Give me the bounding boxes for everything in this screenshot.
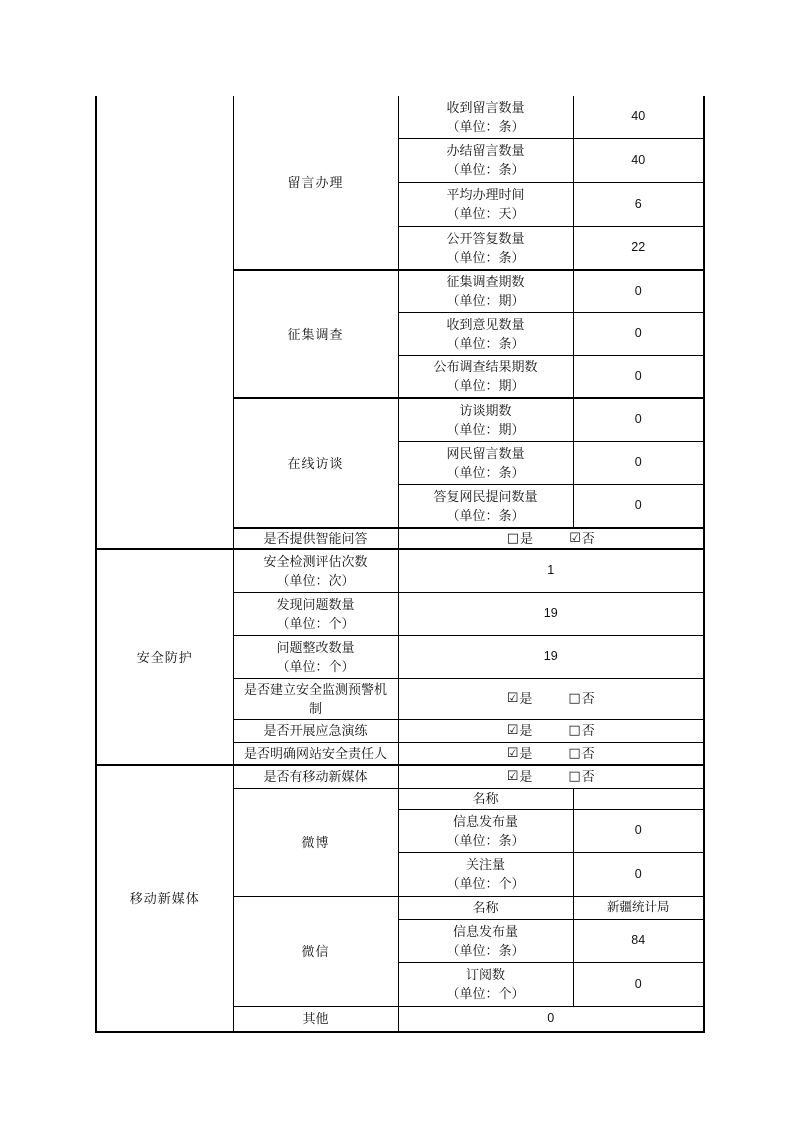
category-cell-mobile-media: 移动新媒体 (96, 765, 233, 1032)
checkbox-checked-icon: ☑ (507, 767, 519, 786)
metric-label: 名称 (398, 896, 573, 919)
bool-row-value: ☑是 □否 (398, 765, 704, 788)
metric-value: 0 (573, 809, 704, 852)
bool-row-label: 是否开展应急演练 (233, 719, 398, 742)
metric-value: 新疆统计局 (573, 896, 704, 919)
metric-value: 0 (573, 312, 704, 355)
bool-row-value: ☑是 □否 (398, 678, 704, 719)
category-cell-security: 安全防护 (96, 549, 233, 765)
metric-label: 公开答复数量 （单位：条） (398, 226, 573, 270)
metric-value: 40 (573, 96, 704, 138)
metric-label: 发现问题数量 （单位：个） (233, 592, 398, 635)
checkbox-unchecked-icon: □ (568, 767, 580, 786)
metric-label: 信息发布量 （单位：条） (398, 809, 573, 852)
group-cell-online-interview: 在线访谈 (233, 398, 398, 528)
option-label: 否 (582, 767, 595, 786)
group-cell-wechat: 微信 (233, 896, 398, 1006)
metric-label: 答复网民提问数量 （单位：条） (398, 484, 573, 528)
option-label: 否 (582, 529, 595, 548)
metric-value: 6 (573, 182, 704, 226)
metric-value: 22 (573, 226, 704, 270)
metric-value: 0 (573, 355, 704, 398)
checkbox-unchecked-icon: □ (568, 689, 580, 708)
metric-label: 收到留言数量 （单位：条） (398, 96, 573, 138)
metric-value: 19 (398, 592, 704, 635)
metric-label: 公布调查结果期数 （单位：期） (398, 355, 573, 398)
group-cell-weibo: 微博 (233, 788, 398, 896)
metric-value: 0 (573, 441, 704, 484)
metric-label: 网民留言数量 （单位：条） (398, 441, 573, 484)
option-yes: ☑是 (507, 767, 533, 786)
checkbox-unchecked-icon: □ (568, 721, 580, 740)
option-label: 否 (582, 689, 595, 708)
metric-label: 订阅数 （单位：个） (398, 962, 573, 1006)
metric-label: 平均办理时间 （单位：天） (398, 182, 573, 226)
metric-value: 0 (573, 270, 704, 312)
checkbox-unchecked-icon: □ (568, 744, 580, 763)
option-yes: ☑是 (507, 689, 533, 708)
option-label: 是 (519, 767, 532, 786)
checkbox-checked-icon: ☑ (507, 689, 519, 708)
metric-label: 安全检测评估次数 （单位：次） (233, 549, 398, 592)
option-yes: ☑是 (507, 744, 533, 763)
bool-row-value: ☑是 □否 (398, 719, 704, 742)
bool-row-value: □是 ☑否 (398, 528, 704, 549)
group-cell-survey: 征集调查 (233, 270, 398, 398)
metric-value: 40 (573, 138, 704, 182)
metric-value: 1 (398, 549, 704, 592)
group-cell-message-handling: 留言办理 (233, 96, 398, 270)
other-row-label: 其他 (233, 1006, 398, 1032)
option-no: ☑否 (569, 529, 595, 548)
bool-row-value: ☑是 □否 (398, 742, 704, 765)
metric-value: 0 (573, 484, 704, 528)
option-no: □否 (568, 689, 594, 708)
checkbox-checked-icon: ☑ (507, 721, 519, 740)
category-cell-interaction (96, 96, 233, 549)
metric-value: 19 (398, 635, 704, 678)
option-yes: □是 (507, 529, 533, 548)
option-label: 是 (519, 689, 532, 708)
checkbox-unchecked-icon: □ (507, 529, 519, 548)
metric-value (573, 788, 704, 809)
metric-label: 访谈期数 （单位：期） (398, 398, 573, 441)
metric-label: 办结留言数量 （单位：条） (398, 138, 573, 182)
metric-value: 0 (573, 852, 704, 896)
option-label: 是 (519, 721, 532, 740)
option-label: 是 (520, 529, 533, 548)
report-table: 留言办理 收到留言数量 （单位：条） 40 办结留言数量 （单位：条） 40 平… (95, 96, 705, 1033)
option-no: □否 (568, 767, 594, 786)
bool-row-label: 是否明确网站安全责任人 (233, 742, 398, 765)
metric-label: 关注量 （单位：个） (398, 852, 573, 896)
checkbox-checked-icon: ☑ (569, 529, 581, 548)
option-label: 否 (582, 721, 595, 740)
bool-row-label: 是否有移动新媒体 (233, 765, 398, 788)
checkbox-checked-icon: ☑ (507, 744, 519, 763)
metric-value: 0 (573, 398, 704, 441)
metric-label: 名称 (398, 788, 573, 809)
metric-label: 征集调查期数 （单位：期） (398, 270, 573, 312)
metric-value: 84 (573, 919, 704, 962)
option-label: 是 (519, 744, 532, 763)
metric-value: 0 (573, 962, 704, 1006)
option-yes: ☑是 (507, 721, 533, 740)
bool-row-label: 是否提供智能问答 (233, 528, 398, 549)
option-no: □否 (568, 721, 594, 740)
option-label: 否 (582, 744, 595, 763)
metric-label: 问题整改数量 （单位：个） (233, 635, 398, 678)
other-row-value: 0 (398, 1006, 704, 1032)
option-no: □否 (568, 744, 594, 763)
bool-row-label: 是否建立安全监测预警机 制 (233, 678, 398, 719)
metric-label: 信息发布量 （单位：条） (398, 919, 573, 962)
metric-label: 收到意见数量 （单位：条） (398, 312, 573, 355)
